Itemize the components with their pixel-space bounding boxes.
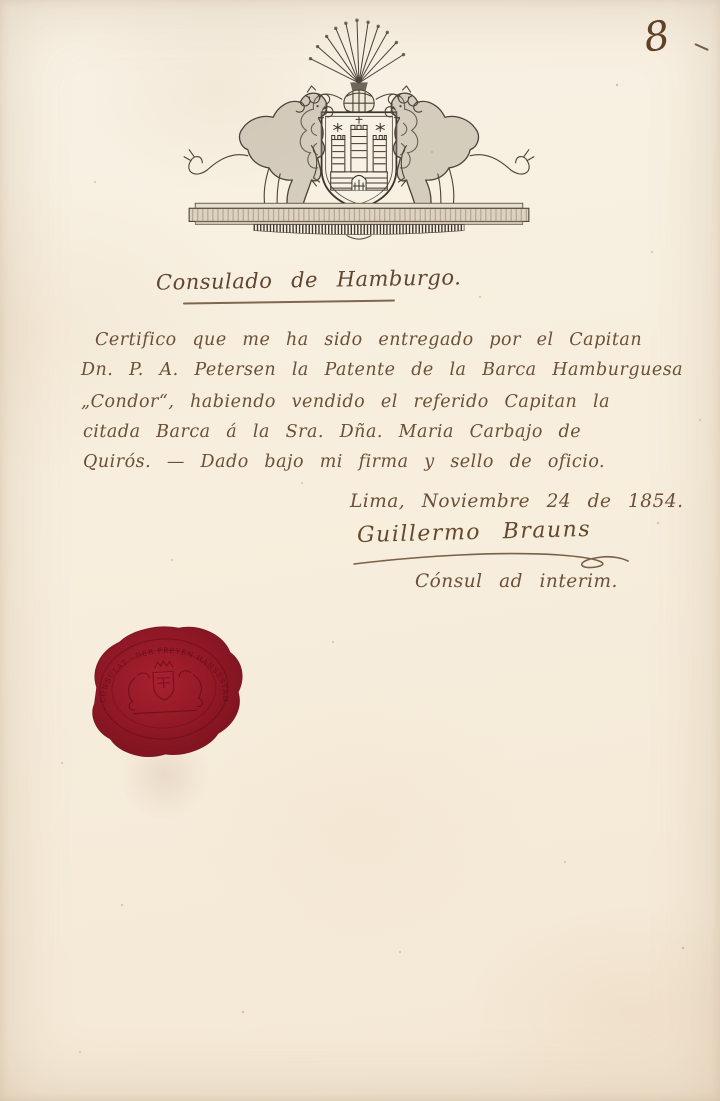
body-line: „Condor“, habiendo vendido el referido C… xyxy=(81,390,610,414)
document-heading: Consulado de Hamburgo. xyxy=(156,265,462,294)
castle-shield xyxy=(322,112,397,209)
signature-flourish xyxy=(350,548,636,572)
hamburg-coat-of-arms-icon xyxy=(175,18,543,253)
red-wax-seal-icon: · CONSULAT · DER FREYEN HANSESTADT HAMBU… xyxy=(70,611,258,770)
body-line: Quirós. — Dado bajo mi firma y sello de … xyxy=(83,450,605,474)
document-page: 8 xyxy=(0,0,720,1101)
body-line: Certifico que me ha sido entregado por e… xyxy=(95,328,642,352)
signer-title: Cónsul ad interim. xyxy=(415,571,618,592)
heading-underline xyxy=(183,300,395,305)
tick-mark xyxy=(694,43,709,51)
pedestal xyxy=(189,203,529,239)
supporter-lion xyxy=(184,86,333,207)
plume-crest xyxy=(309,19,405,91)
page-number: 8 xyxy=(641,12,674,61)
signature: Guillermo Brauns xyxy=(357,517,592,548)
dateline: Lima, Noviembre 24 de 1854. xyxy=(350,491,684,512)
body-line: citada Barca á la Sra. Dña. Maria Carbaj… xyxy=(83,420,581,444)
body-line: Dn. P. A. Petersen la Patente de la Barc… xyxy=(81,358,683,382)
